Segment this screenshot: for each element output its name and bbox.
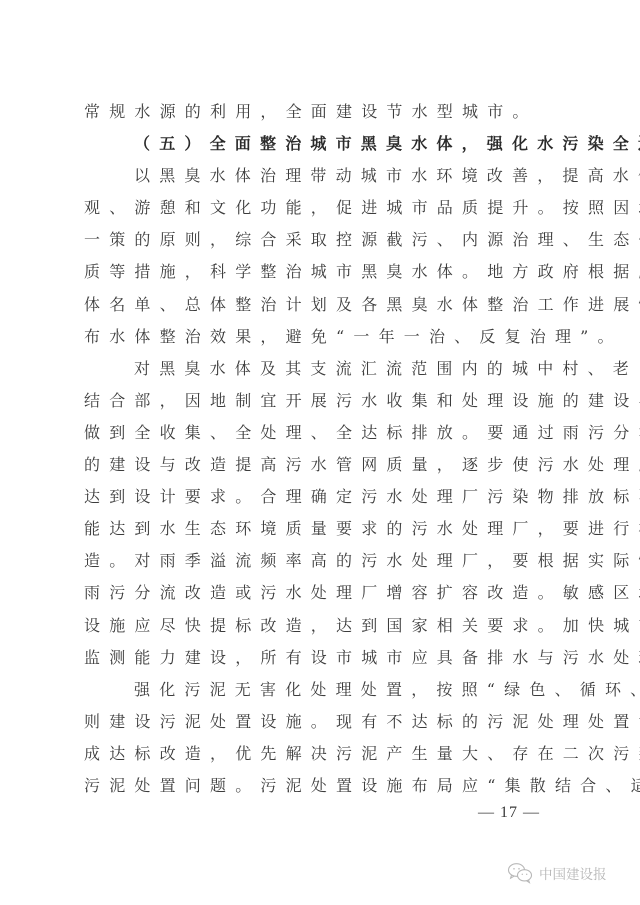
text-line: 达到设计要求。合理确定污水处理厂污染物排放标准，对出水不: [84, 481, 564, 513]
text-line: 体名单、总体整治计划及各黑臭水体整治工作进展情况，定期公: [84, 289, 564, 321]
text-line: 结合部，因地制宜开展污水收集和处理设施的建设与改造，力争: [84, 385, 564, 417]
document-body: 常规水源的利用，全面建设节水型城市。 （五）全面整治城市黑臭水体，强化水污染全过…: [84, 96, 564, 802]
text-line: 布水体整治效果，避免“一年一治、反复治理”。: [84, 321, 564, 353]
text-line: 观、游憩和文化功能，促进城市品质提升。按照因地制宜、一河: [84, 192, 564, 224]
watermark-label: 中国建设报: [539, 863, 607, 883]
text-line: 以黑臭水体治理带动城市水环境改善，提高水体的生态、景: [84, 160, 564, 192]
text-line: 常规水源的利用，全面建设节水型城市。: [84, 96, 564, 128]
text-line: 对黑臭水体及其支流汇流范围内的城中村、老旧城区和城乡: [84, 353, 564, 385]
text-line: 设施应尽快提标改造，达到国家相关要求。加快城市排水与污水: [84, 610, 564, 642]
text-line: 雨污分流改造或污水处理厂增容扩容改造。敏感区域的污水处理: [84, 577, 564, 609]
text-line: 监测能力建设，所有设市城市应具备排水与污水处理监测能力。: [84, 642, 564, 674]
page-number: — 17 —: [478, 804, 540, 822]
text-line: 一策的原则，综合采取控源截污、内源治理、生态修复、活水保: [84, 224, 564, 256]
section-heading: （五）全面整治城市黑臭水体，强化水污染全过程控制。: [84, 128, 564, 160]
text-line: 做到全收集、全处理、全达标排放。要通过雨污分流、污水管网: [84, 417, 564, 449]
text-line: 则建设污泥处置设施。现有不达标的污泥处理处置设施应加快完: [84, 706, 564, 738]
wechat-icon: [507, 862, 533, 884]
text-line: 污泥处置问题。污泥处置设施布局应“集散结合、适当集中”，: [84, 770, 564, 802]
document-page: 常规水源的利用，全面建设节水型城市。 （五）全面整治城市黑臭水体，强化水污染全过…: [0, 0, 640, 905]
text-line: 强化污泥无害化处理处置，按照“绿色、循环、低碳”原: [84, 674, 564, 706]
text-line: 造。对雨季溢流频率高的污水处理厂，要根据实际情况进行管网: [84, 545, 564, 577]
publisher-watermark: 中国建设报: [507, 862, 607, 884]
text-line: 能达到水生态环境质量要求的污水处理厂，要进行相应的提标改: [84, 513, 564, 545]
text-line: 成达标改造，优先解决污泥产生量大、存在二次污染隐患地区的: [84, 738, 564, 770]
text-line: 质等措施，科学整治城市黑臭水体。地方政府根据所公布黑臭水: [84, 256, 564, 288]
text-line: 的建设与改造提高污水管网质量，逐步使污水处理厂的进水浓度: [84, 449, 564, 481]
